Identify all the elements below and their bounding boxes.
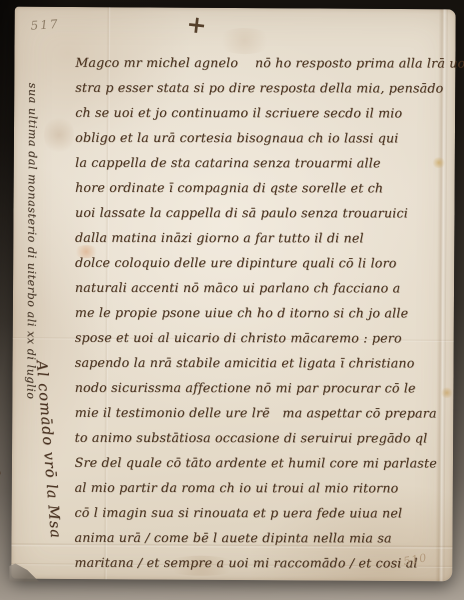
- letter-line: mie il testimonio delle ure lrē ma aspet…: [75, 400, 448, 426]
- margin-signature: Al comādo vrō la Msa di pescara: [0, 357, 99, 568]
- folio-number-top-left: 517: [30, 17, 60, 33]
- letter-line: ch se uoi et jo continuamo il scriuere s…: [75, 100, 448, 126]
- letter-line: obligo et la urā cortesia bisognaua ch i…: [75, 125, 448, 151]
- letter-line: nodo sicurissma affectione nō mi par pro…: [75, 375, 448, 401]
- letter-paper: 517 + Magco mr michel agnelo nō ho respo…: [11, 7, 455, 582]
- letter-line: Sre del quale cō tāto ardente et humil c…: [75, 450, 448, 476]
- letter-text: Magco mr michel agnelo nō ho resposto pr…: [74, 50, 448, 576]
- letter-line: maritana / et sempre a uoi mi raccomādo …: [74, 550, 447, 576]
- letter-line: spose et uoi al uicario di christo mācar…: [75, 325, 448, 351]
- letter-line: naturali accenti nō māco ui parlano ch f…: [75, 275, 448, 301]
- letter-line: dolce coloquio delle ure dipinture quali…: [75, 250, 448, 276]
- letter-line: al mio partir da roma ch io ui troui al …: [75, 475, 448, 501]
- cross-mark: +: [185, 9, 208, 40]
- letter-line: to animo substātiosa occasione di seruir…: [75, 425, 448, 451]
- letter-line: stra p esser stata si po dire resposta d…: [75, 75, 448, 101]
- signature-line: Al comādo vrō la Msa: [30, 360, 67, 561]
- letter-line: anima urā / come bē l auete dipinta nell…: [74, 525, 447, 551]
- signature-line: di pescara: [0, 364, 14, 565]
- manuscript-photo: 517 + Magco mr michel agnelo nō ho respo…: [0, 0, 464, 600]
- letter-line: Magco mr michel agnelo nō ho resposto pr…: [75, 50, 448, 76]
- foxing-stain: [44, 115, 74, 155]
- letter-line: hore ordinate ī compagnia di qste sorell…: [75, 175, 448, 201]
- letter-line: me le propie psone uiue ch ho d itorno s…: [75, 300, 448, 326]
- letter-line: cō l imagin sua si rinouata et p uera fe…: [75, 500, 448, 526]
- letter-line: sapendo la nrā stabile amicitia et ligat…: [75, 350, 448, 376]
- letter-line: la cappella de sta catarina senza trouar…: [75, 150, 448, 176]
- letter-line: dalla matina ināzi giorno a far tutto il…: [75, 225, 448, 251]
- letter-line: uoi lassate la cappella di sā paulo senz…: [75, 200, 448, 226]
